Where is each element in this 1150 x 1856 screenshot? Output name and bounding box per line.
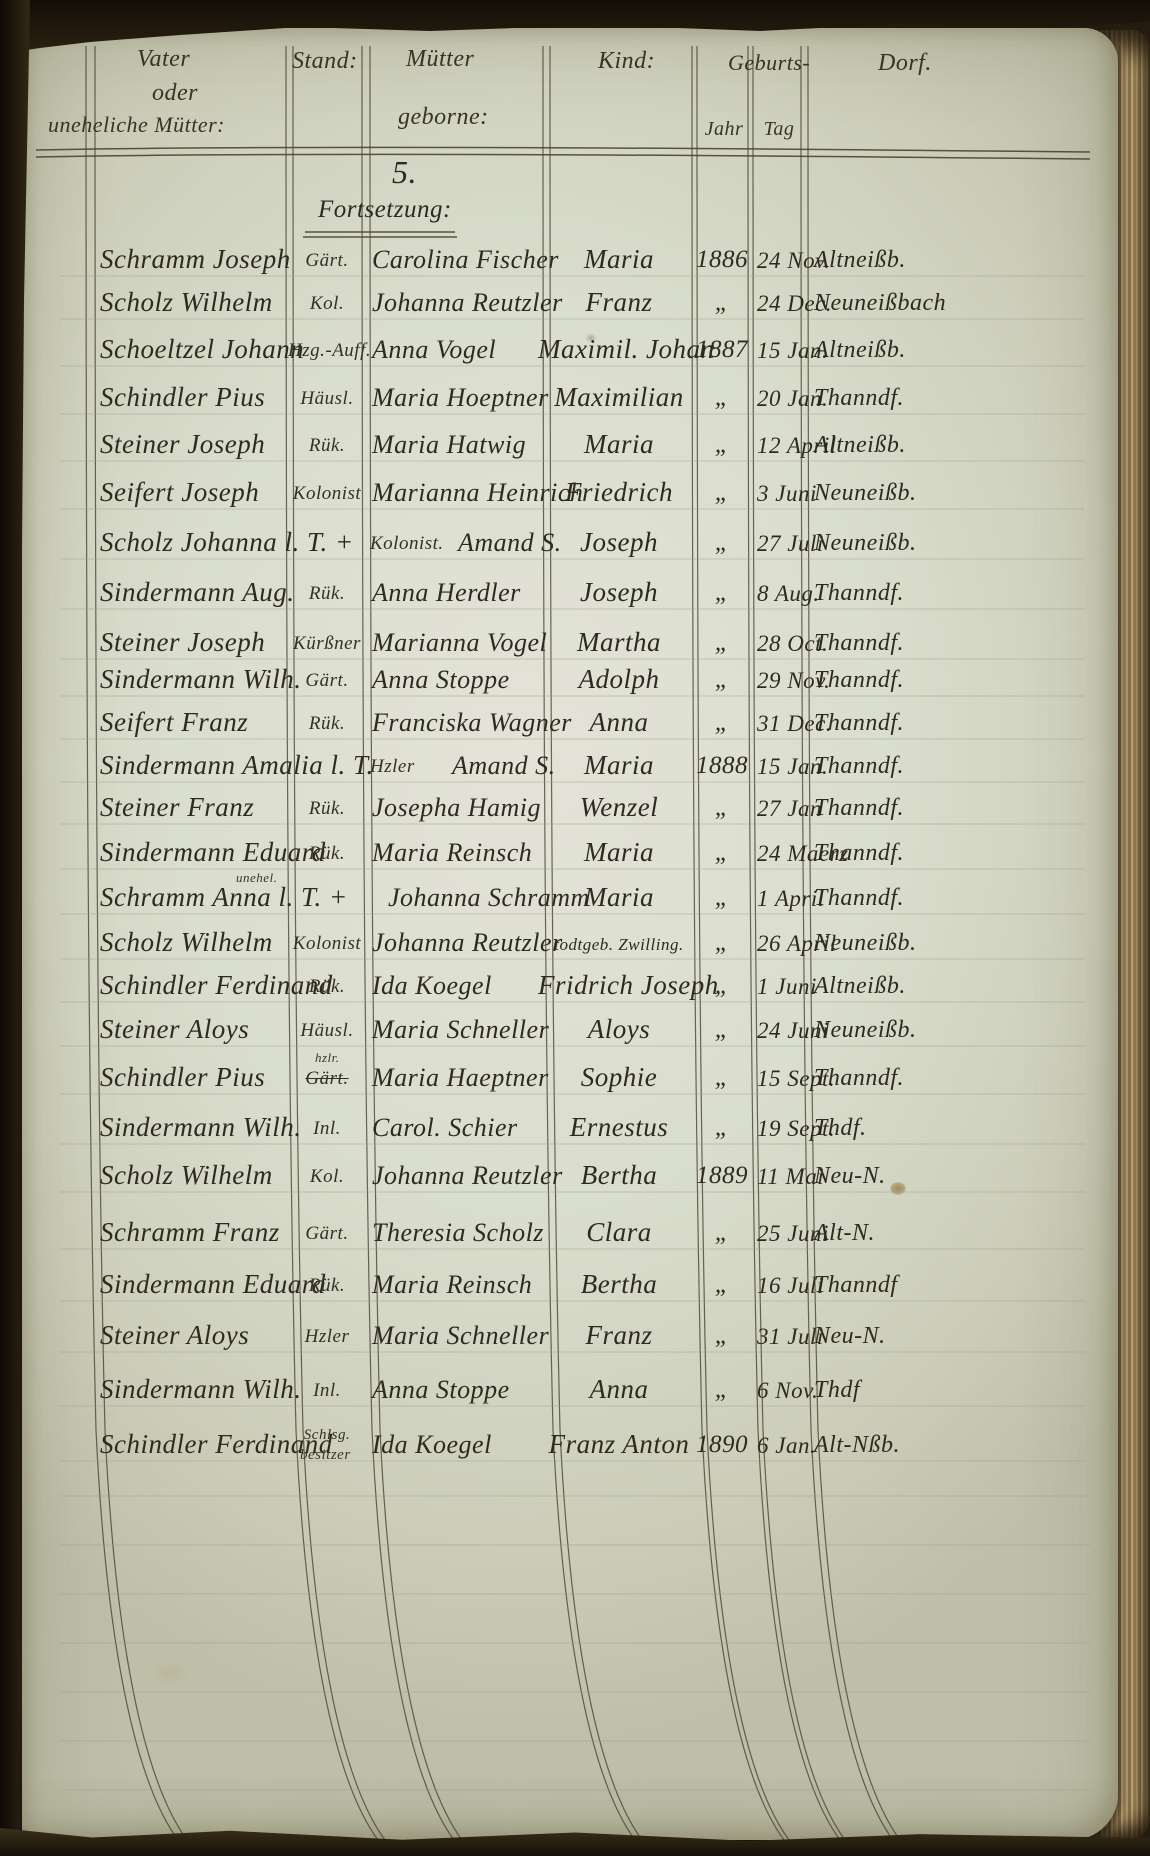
child-name: Martha bbox=[538, 627, 700, 658]
child-name: Sophie bbox=[538, 1062, 700, 1093]
status: Schlsg. bbox=[288, 1427, 366, 1444]
status: Hzler bbox=[370, 756, 415, 778]
village: Neuneißb. bbox=[814, 1017, 916, 1044]
mother-name: Carolina Fischer bbox=[372, 245, 559, 275]
birth-day: 6 Jan. bbox=[757, 1433, 816, 1459]
father-name: Schramm Joseph bbox=[100, 244, 291, 275]
father-name: Steiner Joseph bbox=[100, 429, 265, 460]
village: Altneißb. bbox=[814, 973, 906, 1000]
father-name: Schindler Pius bbox=[100, 382, 265, 413]
birth-year: „ bbox=[694, 709, 750, 737]
column-header-village: Dorf. bbox=[878, 50, 932, 77]
status: Inl. bbox=[288, 1380, 366, 1402]
column-header-status: Stand: bbox=[292, 48, 358, 75]
village: Neuneißb. bbox=[814, 480, 916, 507]
status: Rük. bbox=[288, 435, 366, 457]
child-name: Bertha bbox=[538, 1269, 700, 1300]
birth-year: „ bbox=[694, 1322, 750, 1350]
mother-name: Maria Hoeptner bbox=[372, 383, 549, 413]
birth-year: „ bbox=[694, 1376, 750, 1404]
register-row: Sindermann Wilh.Inl.Carol. SchierErnestu… bbox=[0, 1108, 1150, 1152]
status: Kol. bbox=[288, 1166, 366, 1188]
child-name: Maria bbox=[538, 837, 700, 868]
column-header-birth: Geburts- bbox=[728, 50, 810, 76]
birth-year: „ bbox=[694, 666, 750, 694]
child-name: Franz bbox=[538, 287, 700, 318]
village: Thdf bbox=[814, 1377, 860, 1404]
village: Thanndf. bbox=[814, 795, 904, 822]
register-row: Scholz WilhelmKol.Johanna ReutzlerBertha… bbox=[0, 1156, 1150, 1200]
mother-name: Josepha Hamig bbox=[372, 793, 541, 823]
child-name: Maria bbox=[538, 429, 700, 460]
birth-year: „ bbox=[694, 629, 750, 657]
register-row: Schindler FerdinandRük.Ida KoegelFridric… bbox=[0, 966, 1150, 1010]
village: Thanndf. bbox=[814, 885, 904, 912]
birth-year: „ bbox=[694, 1064, 750, 1092]
mother-name: Maria Schneller bbox=[372, 1015, 549, 1045]
child-name: Adolph bbox=[538, 664, 700, 695]
father-name: Scholz Wilhelm bbox=[100, 1160, 273, 1191]
status: Kolonist bbox=[288, 483, 366, 505]
father-name: Scholz Johanna l. T. + bbox=[100, 527, 354, 558]
birth-year: „ bbox=[694, 384, 750, 412]
register-row: Sindermann Wilh.Inl.Anna StoppeAnna„6 No… bbox=[0, 1370, 1150, 1414]
birth-day: 8 Aug. bbox=[757, 581, 820, 607]
section-title: Fortsetzung: bbox=[318, 196, 452, 224]
register-row: Schramm Anna l. T. +unehel.Johanna Schra… bbox=[0, 878, 1150, 922]
register-row: Schramm JosephGärt.Carolina FischerMaria… bbox=[0, 240, 1150, 284]
birth-day: 27 Jan bbox=[757, 796, 822, 822]
father-name: Steiner Aloys bbox=[100, 1014, 249, 1045]
status: Rük. bbox=[288, 713, 366, 735]
birth-year: „ bbox=[694, 1271, 750, 1299]
register-row: Schindler FerdinandSchlsg.besitzerIda Ko… bbox=[0, 1425, 1150, 1469]
birth-year: 1889 bbox=[694, 1162, 750, 1190]
status: Kolonist bbox=[288, 933, 366, 955]
birth-year: „ bbox=[694, 479, 750, 507]
register-row: Steiner AloysHäusl.Maria SchnellerAloys„… bbox=[0, 1010, 1150, 1054]
child-name: Fridrich Joseph bbox=[538, 970, 700, 1001]
register-row: Seifert JosephKolonistMarianna HeinrichF… bbox=[0, 473, 1150, 517]
father-name: Schoeltzel Johann bbox=[100, 334, 304, 365]
register-row: Sindermann Aug.Rük.Anna HerdlerJoseph„8 … bbox=[0, 573, 1150, 617]
village: Altneißb. bbox=[814, 432, 906, 459]
column-header-birth-year: Jahr bbox=[700, 118, 748, 141]
birth-year: „ bbox=[694, 929, 750, 957]
father-name: Steiner Aloys bbox=[100, 1320, 249, 1351]
birth-day: 3 Juni bbox=[757, 481, 817, 507]
register-row: Scholz Johanna l. T. +Kolonist.Amand S.J… bbox=[0, 523, 1150, 567]
child-name: Maximilian bbox=[538, 382, 700, 413]
register-book-scan: Vater oder uneheliche Mütter: Stand: Müt… bbox=[0, 0, 1150, 1856]
birth-year: 1886 bbox=[694, 246, 750, 274]
section-number: 5. bbox=[392, 154, 417, 191]
mother-name: Anna Herdler bbox=[372, 578, 521, 608]
father-name: Seifert Franz bbox=[100, 707, 248, 738]
register-row: Steiner FranzRük.Josepha HamigWenzel„27 … bbox=[0, 788, 1150, 832]
village: Thanndf. bbox=[814, 753, 904, 780]
register-row: Schindler PiusHäusl.Maria HoeptnerMaximi… bbox=[0, 378, 1150, 422]
mother-name: Johanna Reutzler bbox=[372, 928, 563, 958]
village: Altneißb. bbox=[814, 247, 906, 274]
status: Gärt. bbox=[288, 1223, 366, 1245]
birth-year: „ bbox=[694, 839, 750, 867]
mother-name: Maria Hatwig bbox=[372, 430, 526, 460]
register-row: Schramm FranzGärt.Theresia ScholzClara„2… bbox=[0, 1213, 1150, 1257]
column-header-father-line2: oder bbox=[152, 80, 198, 107]
village: Thanndf. bbox=[814, 667, 904, 694]
child-name: Bertha bbox=[538, 1160, 700, 1191]
status: Rük. bbox=[288, 583, 366, 605]
register-row: Steiner JosephRük.Maria HatwigMaria„12 A… bbox=[0, 425, 1150, 469]
register-row: Sindermann Wilh.Gärt.Anna StoppeAdolph„2… bbox=[0, 660, 1150, 704]
register-row: Sindermann EduardRük.Maria ReinschMaria„… bbox=[0, 833, 1150, 877]
father-name: Sindermann Wilh. bbox=[100, 1374, 302, 1405]
village: Neuneißbach bbox=[814, 290, 946, 317]
child-name: Franz Anton bbox=[538, 1429, 700, 1460]
mother-name: Anna Stoppe bbox=[372, 665, 510, 695]
mother-name: Marianna Vogel bbox=[372, 628, 547, 658]
status: Häusl. bbox=[288, 388, 366, 410]
status: Gärt. bbox=[288, 1068, 366, 1090]
child-name: Maria bbox=[538, 244, 700, 275]
birth-year: 1887 bbox=[694, 336, 750, 364]
birth-year: „ bbox=[694, 972, 750, 1000]
mother-name: Maria Reinsch bbox=[372, 838, 532, 868]
child-name: Ernestus bbox=[538, 1112, 700, 1143]
column-header-mother-line1: Mütter bbox=[406, 46, 474, 73]
child-name: Wenzel bbox=[538, 792, 700, 823]
birth-year: „ bbox=[694, 529, 750, 557]
status: Rük. bbox=[288, 1275, 366, 1297]
father-name: Steiner Joseph bbox=[100, 627, 265, 658]
register-row: Seifert FranzRük.Franciska WagnerAnna„31… bbox=[0, 703, 1150, 747]
child-name: Joseph bbox=[538, 577, 700, 608]
village: Altneißb. bbox=[814, 337, 906, 364]
birth-year: 1888 bbox=[694, 752, 750, 780]
child-name: Anna bbox=[538, 707, 700, 738]
birth-day: 6 Nov. bbox=[757, 1378, 818, 1404]
mother-name: Johanna Reutzler bbox=[372, 288, 563, 318]
father-name: Scholz Wilhelm bbox=[100, 287, 273, 318]
status: Rük. bbox=[288, 976, 366, 998]
child-name: Anna bbox=[538, 1374, 700, 1405]
status: Inl. bbox=[288, 1118, 366, 1140]
father-name: Sindermann Amalia l. T. bbox=[100, 750, 374, 781]
mother-name: Johanna Reutzler bbox=[372, 1161, 563, 1191]
child-name: Friedrich bbox=[538, 477, 700, 508]
mother-name: Maria Schneller bbox=[372, 1321, 549, 1351]
birth-year: „ bbox=[694, 431, 750, 459]
status-correction-note: hzlr. bbox=[315, 1050, 340, 1066]
mother-name: Anna Vogel bbox=[372, 335, 496, 365]
child-name: Maria bbox=[538, 882, 700, 913]
birth-year: „ bbox=[694, 1016, 750, 1044]
register-row: Scholz WilhelmKolonistJohanna Reutzlerto… bbox=[0, 923, 1150, 967]
birth-year: „ bbox=[694, 794, 750, 822]
mother-name: Maria Reinsch bbox=[372, 1270, 532, 1300]
village: Alt-N. bbox=[814, 1220, 875, 1247]
birth-year: „ bbox=[694, 1114, 750, 1142]
village: Thanndf bbox=[814, 1272, 898, 1299]
column-header-father-line1: Vater bbox=[137, 46, 190, 73]
father-note: unehel. bbox=[236, 870, 277, 886]
birth-year: „ bbox=[694, 1219, 750, 1247]
column-header-birth-day: Tag bbox=[756, 118, 802, 141]
father-name: Schramm Franz bbox=[100, 1217, 280, 1248]
register-row: Sindermann Amalia l. T.HzlerAmand S.Mari… bbox=[0, 746, 1150, 790]
column-header-mother-line2: geborne: bbox=[398, 104, 489, 131]
father-name: Sindermann Wilh. bbox=[100, 1112, 302, 1143]
father-name: Sindermann Aug. bbox=[100, 577, 295, 608]
register-row: Steiner AloysHzlerMaria SchnellerFranz„3… bbox=[0, 1316, 1150, 1360]
mother-name: Ida Koegel bbox=[372, 1430, 492, 1460]
status: Kol. bbox=[288, 293, 366, 315]
status: Hzler bbox=[288, 1326, 366, 1348]
status: Hzg.-Auff. bbox=[288, 340, 366, 362]
village: Thanndf. bbox=[814, 710, 904, 737]
mother-name: Carol. Schier bbox=[372, 1113, 518, 1143]
mother-name: Anna Stoppe bbox=[372, 1375, 510, 1405]
father-name: Schramm Anna l. T. + bbox=[100, 882, 348, 913]
village: Thdf. bbox=[814, 1115, 867, 1142]
status: Kolonist. bbox=[370, 533, 444, 555]
father-name: Scholz Wilhelm bbox=[100, 927, 273, 958]
mother-name: Maria Haeptner bbox=[372, 1063, 549, 1093]
child-name: Joseph bbox=[538, 527, 700, 558]
birth-year: „ bbox=[694, 884, 750, 912]
village: Neuneißb. bbox=[814, 930, 916, 957]
village: Thanndf. bbox=[814, 840, 904, 867]
mother-name: Theresia Scholz bbox=[372, 1218, 544, 1248]
column-header-father-line3: uneheliche Mütter: bbox=[48, 112, 225, 138]
birth-year: „ bbox=[694, 289, 750, 317]
mother-name: Ida Koegel bbox=[372, 971, 492, 1001]
status: Gärt. bbox=[288, 250, 366, 272]
child-name: todtgeb. Zwilling. bbox=[538, 935, 700, 955]
village: Neuneißb. bbox=[814, 530, 916, 557]
birth-year: 1890 bbox=[694, 1431, 750, 1459]
village: Neu-N. bbox=[814, 1163, 886, 1190]
village: Thanndf. bbox=[814, 580, 904, 607]
register-row: Schoeltzel JohannHzg.-Auff.Anna VogelMax… bbox=[0, 330, 1150, 374]
status: Rük. bbox=[288, 843, 366, 865]
status: Kürßner bbox=[288, 633, 366, 655]
child-name: Maria bbox=[538, 750, 700, 781]
father-name: Sindermann Wilh. bbox=[100, 664, 302, 695]
status: Rük. bbox=[288, 798, 366, 820]
village: Alt-Nßb. bbox=[814, 1432, 900, 1459]
register-row: Scholz WilhelmKol.Johanna ReutzlerFranz„… bbox=[0, 283, 1150, 327]
village: Thanndf. bbox=[814, 1065, 904, 1092]
birth-day: 1 Juni bbox=[757, 974, 817, 1000]
register-row: Schindler PiusGärt.hzlr.Maria HaeptnerSo… bbox=[0, 1058, 1150, 1102]
child-name: Aloys bbox=[538, 1014, 700, 1045]
status-line2: besitzer bbox=[300, 1447, 351, 1464]
father-name: Schindler Pius bbox=[100, 1062, 265, 1093]
column-header-child: Kind: bbox=[598, 48, 655, 75]
birth-year: „ bbox=[694, 579, 750, 607]
village: Neu-N. bbox=[814, 1323, 886, 1350]
village: Thanndf. bbox=[814, 385, 904, 412]
father-name: Seifert Joseph bbox=[100, 477, 259, 508]
village: Thanndf. bbox=[814, 630, 904, 657]
child-name: Franz bbox=[538, 1320, 700, 1351]
child-name: Maximil. Johan bbox=[538, 334, 700, 365]
child-name: Clara bbox=[538, 1217, 700, 1248]
register-row: Sindermann EduardRük.Maria ReinschBertha… bbox=[0, 1265, 1150, 1309]
status: Gärt. bbox=[288, 670, 366, 692]
status: Häusl. bbox=[288, 1020, 366, 1042]
father-name: Steiner Franz bbox=[100, 792, 254, 823]
